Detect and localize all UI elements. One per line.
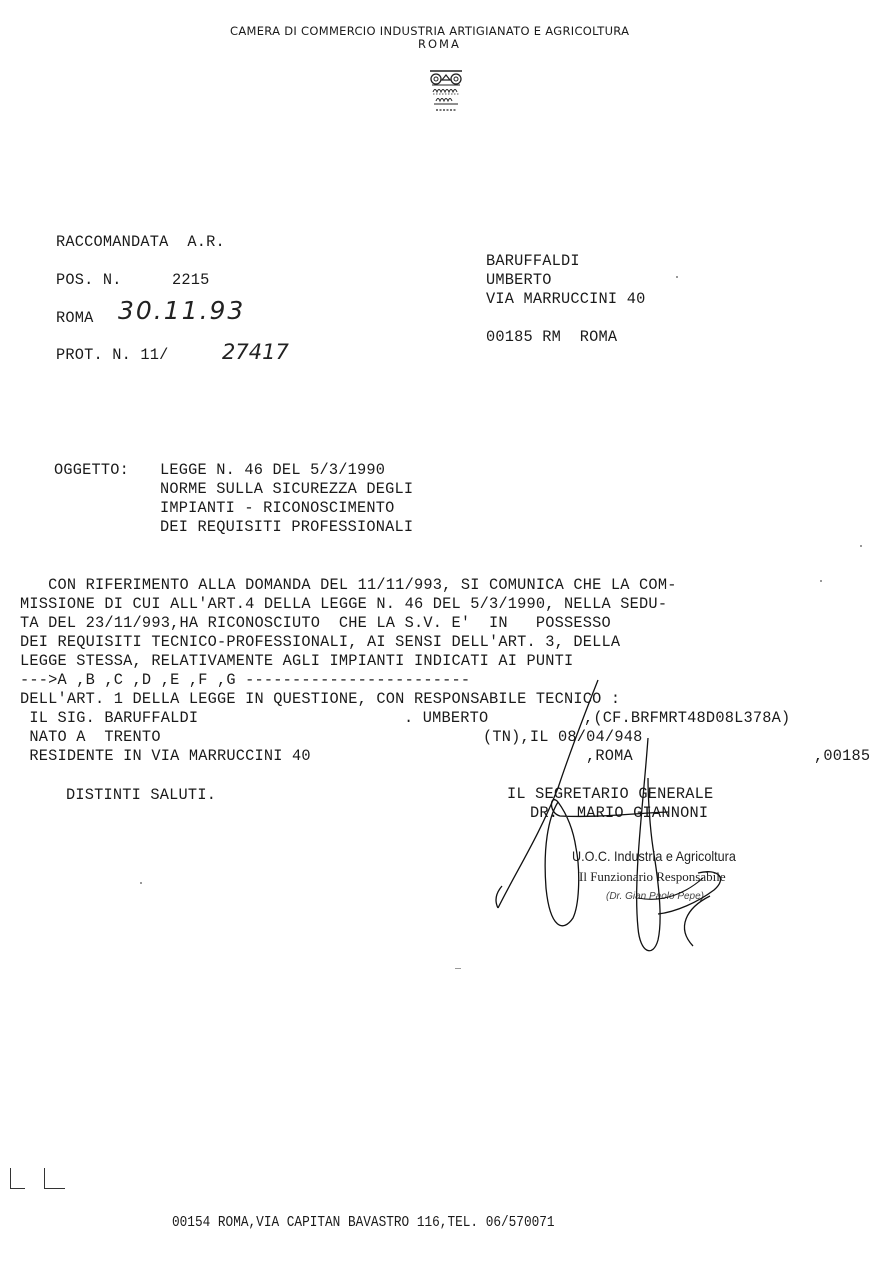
- footer-address: 00154 ROMA,VIA CAPITAN BAVASTRO 116,TEL.…: [172, 1214, 555, 1231]
- scan-speck: [140, 882, 142, 884]
- subject-line-2: NORME SULLA SICUREZZA DEGLI: [160, 480, 413, 499]
- position-number: 2215: [172, 271, 210, 290]
- closing-greeting: DISTINTI SALUTI.: [66, 786, 216, 805]
- recipient-line-1: BARUFFALDI: [486, 252, 580, 271]
- body-line: CON RIFERIMENTO ALLA DOMANDA DEL 11/11/9…: [20, 576, 677, 595]
- handwritten-protocol-number: 27417: [222, 340, 289, 364]
- body-line: MISSIONE DI CUI ALL'ART.4 DELLA LEGGE N.…: [20, 595, 667, 614]
- position-label: POS. N.: [56, 271, 122, 290]
- subject-line-3: IMPIANTI - RICONOSCIMENTO: [160, 499, 395, 518]
- delivery-type: RACCOMANDATA A.R.: [56, 233, 225, 252]
- technician-birthplace: NATO A TRENTO: [20, 728, 161, 747]
- letterhead-city: ROMA: [418, 37, 461, 51]
- technician-postal-code: ,00185: [814, 747, 870, 766]
- handwritten-signature: [480, 660, 740, 950]
- body-line: --->A ,B ,C ,D ,E ,F ,G ----------------…: [20, 671, 470, 690]
- subject-line-4: DEI REQUISITI PROFESSIONALI: [160, 518, 413, 537]
- scan-speck: [860, 545, 862, 547]
- corner-mark-icon: [10, 1168, 25, 1189]
- corner-mark-icon: [44, 1168, 65, 1189]
- subject-label: OGGETTO:: [54, 461, 129, 480]
- recipient-postal: 00185 RM ROMA: [486, 328, 617, 347]
- recipient-line-2: UMBERTO: [486, 271, 552, 290]
- technician-name: IL SIG. BARUFFALDI: [20, 709, 198, 728]
- handwritten-date: 30.11.93: [118, 296, 245, 325]
- technician-first-name: . UMBERTO: [404, 709, 488, 728]
- recipient-line-3: VIA MARRUCCINI 40: [486, 290, 645, 309]
- protocol-label: PROT. N. 11/: [56, 346, 169, 365]
- subject-line-1: LEGGE N. 46 DEL 5/3/1990: [160, 461, 385, 480]
- date-label: ROMA: [56, 309, 94, 328]
- body-line: DEI REQUISITI TECNICO-PROFESSIONALI, AI …: [20, 633, 620, 652]
- technician-residence: RESIDENTE IN VIA MARRUCCINI 40: [20, 747, 311, 766]
- scan-speck: [820, 580, 822, 582]
- scan-speck: [676, 276, 678, 278]
- letterhead-organization: CAMERA DI COMMERCIO INDUSTRIA ARTIGIANAT…: [230, 24, 629, 38]
- body-line: TA DEL 23/11/993,HA RICONOSCIUTO CHE LA …: [20, 614, 611, 633]
- scan-speck: [455, 968, 461, 969]
- ionic-column-capital-icon: [420, 52, 456, 94]
